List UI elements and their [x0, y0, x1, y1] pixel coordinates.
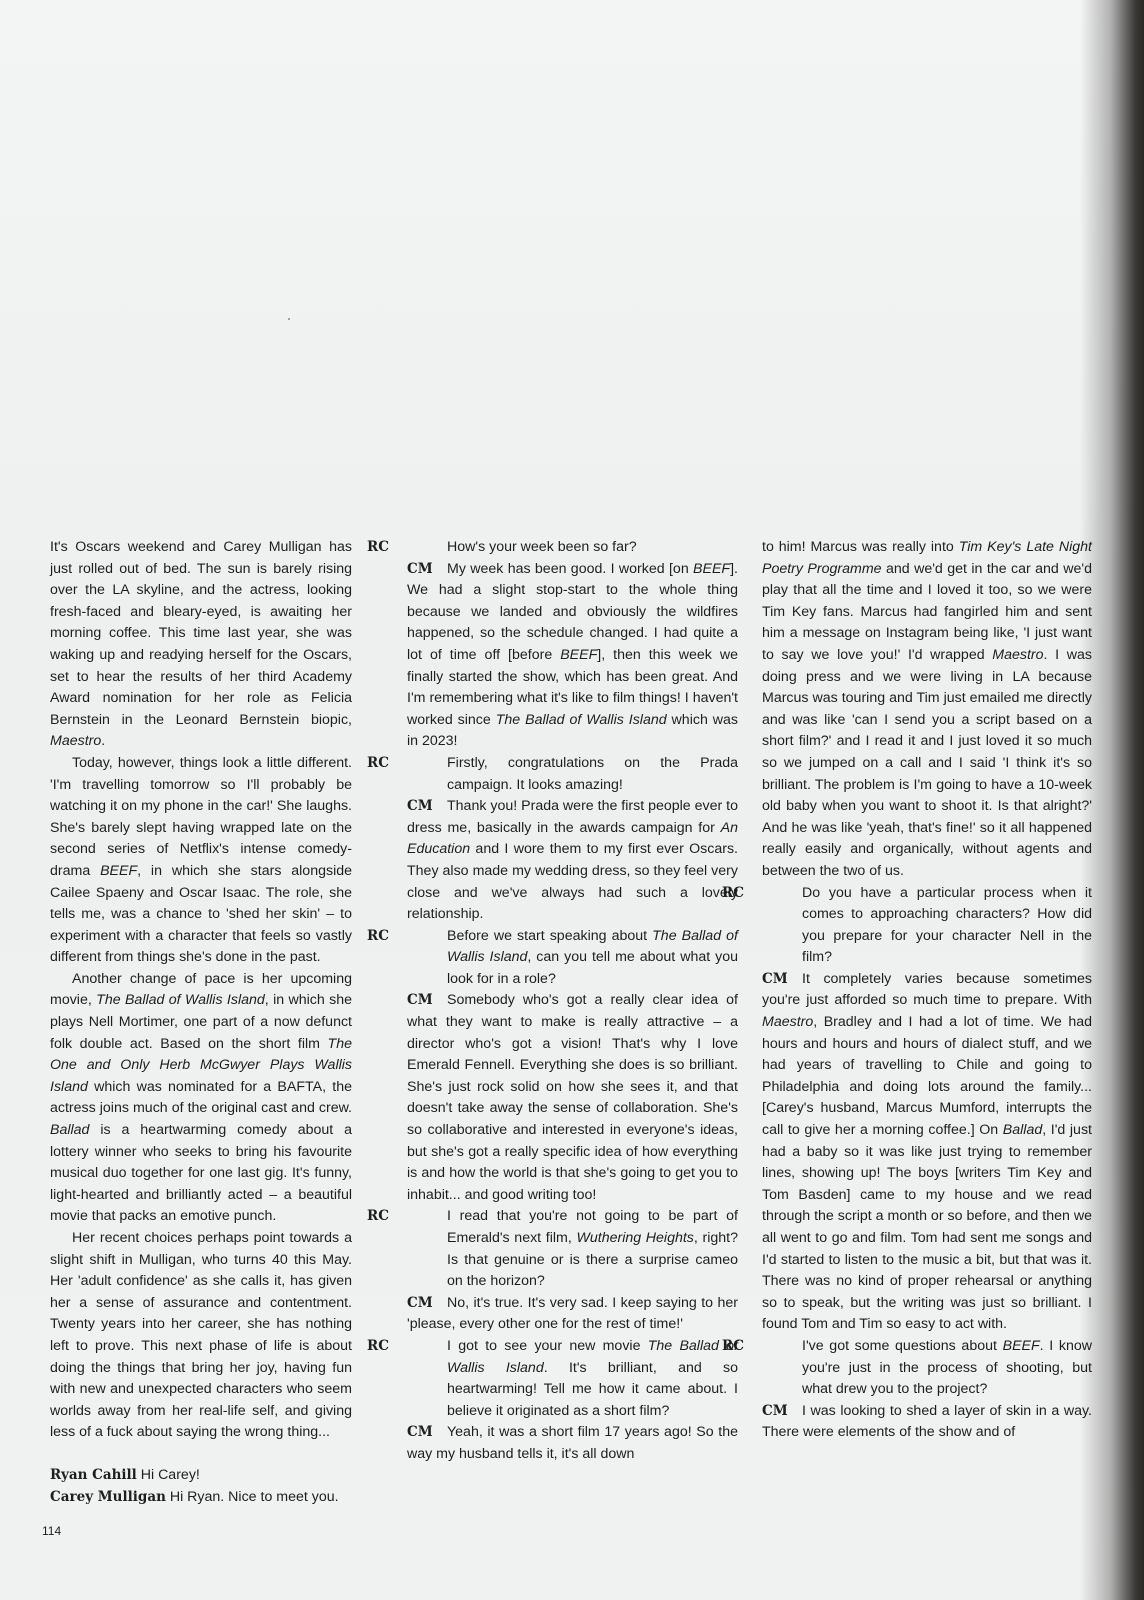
question: RCBefore we start speaking about The Bal…	[407, 926, 738, 991]
interview-column-3: to him! Marcus was really into Tim Key's…	[762, 537, 1092, 1444]
intro-paragraph-4: Her recent choices perhaps point towards…	[50, 1228, 352, 1444]
paper-speck	[288, 318, 290, 320]
answer: CMYeah, it was a short film 17 years ago…	[407, 1422, 738, 1465]
question: RCFirstly, congratulations on the Prada …	[407, 753, 738, 796]
intro-paragraph-1: It's Oscars weekend and Carey Mulligan h…	[50, 537, 352, 753]
page-number: 114	[42, 1524, 61, 1538]
question: RCDo you have a particular process when …	[762, 883, 1092, 969]
answer: CMI was looking to shed a layer of skin …	[762, 1401, 1092, 1444]
answer: CMNo, it's true. It's very sad. I keep s…	[407, 1293, 738, 1336]
answer: CMIt completely varies because sometimes…	[762, 969, 1092, 1336]
intro-paragraph-3: Another change of pace is her upcoming m…	[50, 969, 352, 1228]
question: RCI got to see your new movie The Ballad…	[407, 1336, 738, 1422]
greeting-rc: Ryan Cahill Hi Carey!	[50, 1465, 352, 1487]
answer: CMThank you! Prada were the first people…	[407, 796, 738, 926]
intro-column: It's Oscars weekend and Carey Mulligan h…	[50, 537, 352, 1508]
answer: CMSomebody who's got a really clear idea…	[407, 990, 738, 1206]
question: RCI've got some questions about BEEF. I …	[762, 1336, 1092, 1401]
interview-column-2: RCHow's your week been so far? CMMy week…	[407, 537, 738, 1466]
greeting-cm: Carey Mulligan Hi Ryan. Nice to meet you…	[50, 1487, 352, 1509]
intro-paragraph-2: Today, however, things look a little dif…	[50, 753, 352, 969]
question: RCI read that you're not going to be par…	[407, 1206, 738, 1292]
question: RCHow's your week been so far?	[407, 537, 738, 559]
answer-continued: to him! Marcus was really into Tim Key's…	[762, 537, 1092, 883]
answer: CMMy week has been good. I worked [on BE…	[407, 559, 738, 753]
